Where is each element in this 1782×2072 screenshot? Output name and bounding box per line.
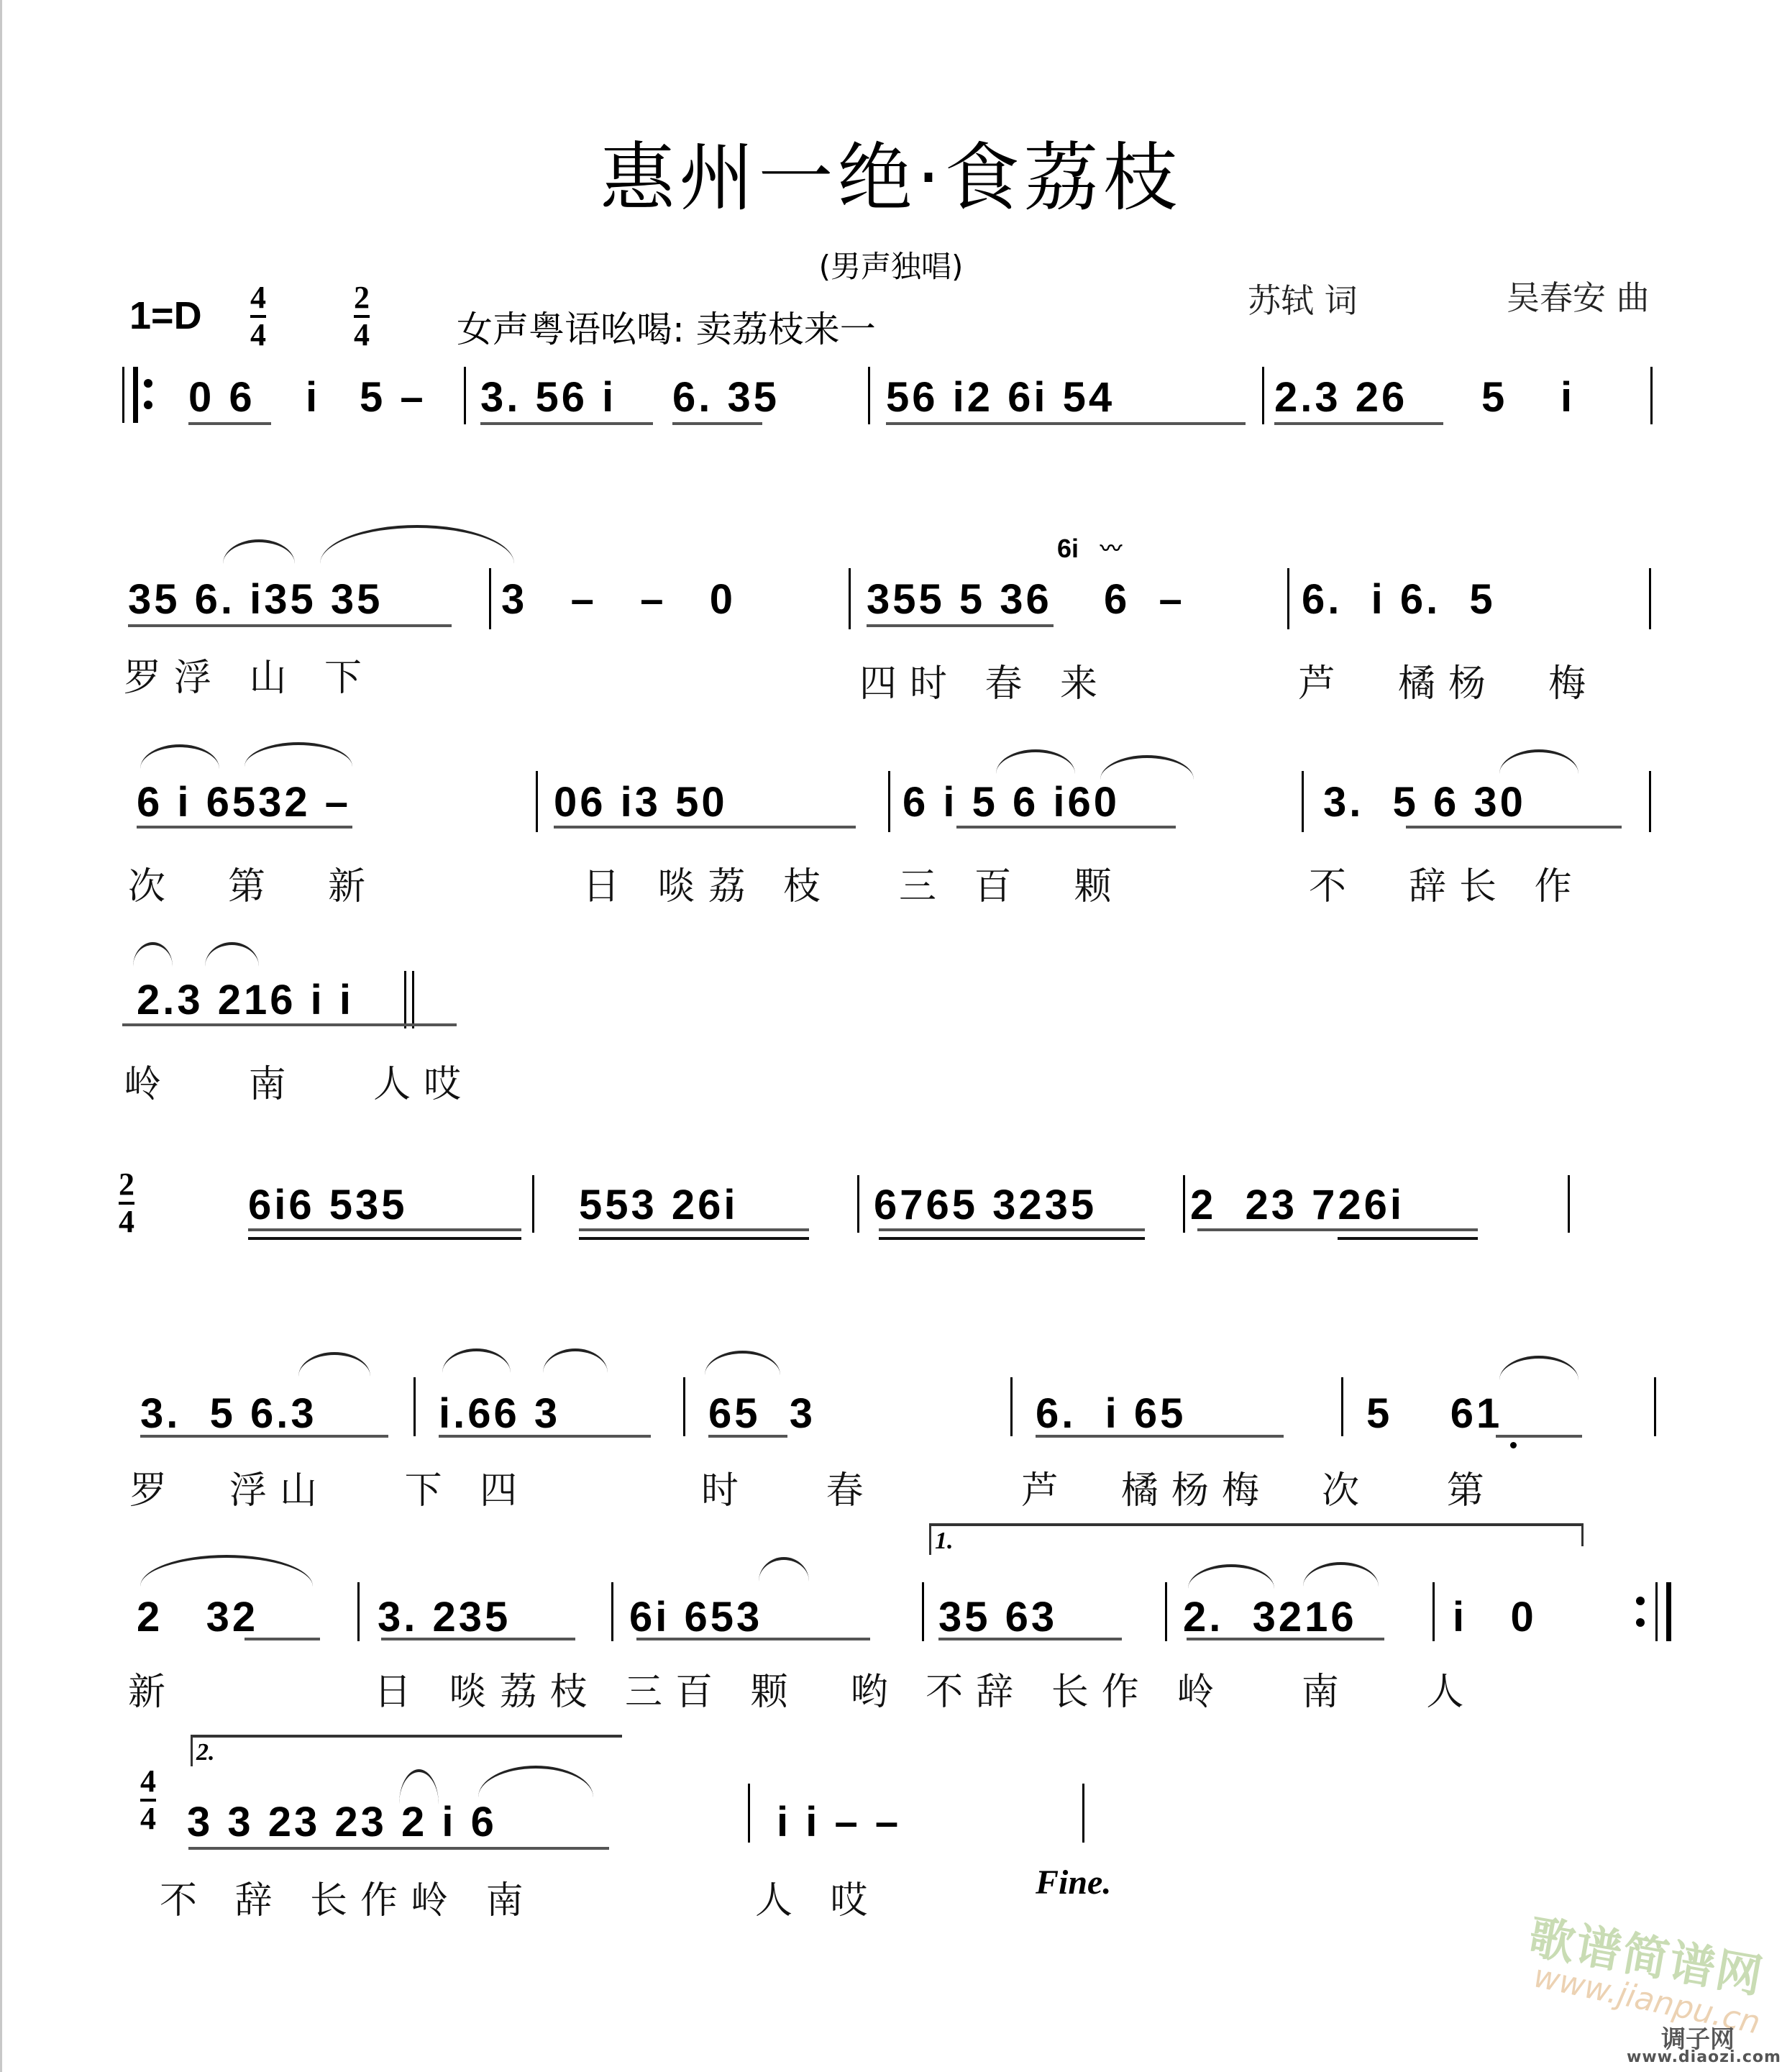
barline (413, 1377, 416, 1436)
lyric-line: 次 第 新 (128, 856, 378, 910)
underline-beam (245, 1638, 320, 1640)
note-group: 6. i 65 (1036, 1389, 1186, 1438)
underline-beam (938, 1638, 1122, 1640)
note-group: 0 6 (188, 373, 255, 421)
barline (922, 1582, 924, 1641)
time-signature-2-4: 2 4 (119, 1169, 134, 1238)
note-group: i.66 3 (439, 1389, 560, 1438)
time-signature-numerator: 4 (250, 282, 266, 314)
slur (320, 525, 514, 564)
slur (245, 742, 352, 767)
note-group: i i – – (777, 1798, 901, 1846)
time-signature-denominator: 4 (140, 1803, 156, 1835)
barline (849, 568, 851, 629)
slur (140, 1555, 313, 1587)
slur (1303, 1562, 1379, 1587)
fine-marking: Fine. (1036, 1863, 1111, 1902)
underline-beam (381, 1638, 575, 1640)
note-group: 3 3 23 23 2 i 6 (187, 1798, 497, 1846)
barline (464, 367, 466, 424)
slur (298, 1352, 370, 1377)
repeat-end-dots (1636, 1597, 1645, 1627)
barline (683, 1377, 685, 1436)
underline-beam (128, 624, 452, 627)
underline-beam (1036, 1435, 1284, 1438)
underline-beam (1274, 422, 1443, 425)
barline (1649, 568, 1651, 629)
note-group: 2. 3216 (1183, 1593, 1357, 1641)
slur (205, 942, 259, 967)
note-group: 6i6 535 (248, 1181, 408, 1229)
underline-beam (867, 624, 1054, 627)
time-signature-numerator: 4 (140, 1766, 156, 1797)
barline (868, 367, 870, 424)
underline-beam (579, 1228, 809, 1231)
note-group: 3. 5 6 30 (1323, 778, 1526, 826)
slur (223, 539, 295, 564)
slur (1188, 1564, 1274, 1589)
performance-note: 女声粤语吆喝: 卖荔枝来一 (457, 301, 876, 352)
barline (1302, 771, 1304, 832)
note-group: 3. 56 i (480, 373, 616, 421)
first-ending-bracket: 1. (929, 1523, 1584, 1555)
underline-beam (248, 1228, 521, 1231)
lyric-line: 芦 橘杨 梅 (1298, 653, 1599, 707)
barline (536, 771, 538, 832)
slur (705, 1351, 780, 1375)
barline (1183, 1175, 1185, 1233)
underline-beam (480, 422, 653, 425)
note-group: 6765 3235 (874, 1181, 1097, 1229)
time-signature-denominator: 4 (250, 319, 266, 351)
barline (1654, 1377, 1656, 1436)
underline-beam (1406, 826, 1622, 829)
repeat-start-dots (144, 379, 152, 409)
underline-beam (879, 1237, 1145, 1240)
note-group: 5 61 (1366, 1389, 1502, 1438)
note-group: 2 23 726i (1190, 1181, 1404, 1229)
barline (532, 1175, 534, 1233)
watermark-brand-url: www.diaozi.com (1627, 2048, 1781, 2066)
lyric-line: 不 辞长 作 (1309, 856, 1585, 910)
barline (1650, 367, 1653, 424)
underline-beam (636, 1638, 870, 1640)
time-signature-4-4: 4 4 (250, 282, 266, 351)
lyric-line: 人 哎 (755, 1870, 881, 1924)
note-group: 6i 653 (629, 1593, 762, 1641)
key-signature: 1=D (129, 293, 202, 338)
note-group: 6 i 6532 – (137, 778, 351, 826)
time-signature-denominator: 4 (119, 1206, 134, 1238)
time-signature-4-4: 4 4 (140, 1766, 156, 1835)
note-group: 2.3 26 (1274, 373, 1407, 421)
section-double-barline (404, 971, 414, 1028)
underline-beam (886, 422, 1246, 425)
lyric-line: 新 (128, 1661, 178, 1715)
barline (748, 1784, 750, 1843)
underline-beam (188, 1847, 609, 1850)
underline-beam (248, 1237, 521, 1240)
underline-beam (1496, 1435, 1582, 1438)
note-group: i 0 (1453, 1593, 1537, 1641)
underline-beam (956, 826, 1176, 829)
note-group: 35 6. i35 35 (128, 575, 383, 624)
slur (996, 749, 1075, 774)
barline (1649, 771, 1651, 832)
repeat-end-barline (1655, 1582, 1671, 1641)
barline (1165, 1582, 1167, 1641)
underline-beam (188, 422, 271, 425)
slur (442, 1348, 511, 1373)
barline (489, 568, 491, 629)
slur (1100, 755, 1194, 780)
underline-beam (1187, 1638, 1384, 1640)
trill-mark-icon: 〰 (1100, 531, 1122, 562)
time-signature-numerator: 2 (354, 282, 370, 314)
note-group: 6. i 6. 5 (1302, 575, 1496, 624)
note-group: 35 63 (938, 1593, 1057, 1641)
barline (857, 1175, 859, 1233)
note-group: 6. 35 (672, 373, 780, 421)
slur (1499, 1356, 1578, 1380)
note-group: 6 – (1104, 575, 1185, 624)
slur (133, 942, 173, 967)
time-signature-numerator: 2 (119, 1169, 134, 1200)
barline (1010, 1377, 1013, 1436)
volta-number: 2. (196, 1739, 215, 1766)
volta-number: 1. (935, 1528, 954, 1555)
lyric-line: 不 辞 长作岭 南 (160, 1870, 536, 1924)
lyric-line: 日 啖荔 枝 (582, 856, 833, 910)
grace-notes: 6i (1057, 534, 1079, 564)
underline-beam (554, 826, 856, 829)
lyric-line: 岭 南 人哎 (124, 1054, 474, 1108)
barline (888, 771, 890, 832)
underline-beam (140, 1435, 388, 1438)
note-group: 6 i 5 6 i60 (903, 778, 1120, 826)
low-octave-dot (1510, 1442, 1517, 1448)
lyric-line: 罗 浮山 下 四 (129, 1460, 530, 1514)
underline-beam (708, 1435, 787, 1438)
barline (357, 1582, 360, 1641)
composer-credit: 吴春安 曲 (1507, 272, 1650, 319)
note-group: 56 i2 6i 54 (886, 373, 1115, 421)
time-signature-2-4: 2 4 (354, 282, 370, 351)
note-group: 3. 235 (378, 1593, 511, 1641)
note-group: 2.3 216 i i (137, 976, 354, 1024)
note-group: 65 3 (708, 1389, 815, 1438)
barline (1262, 367, 1264, 424)
note-group: 5 – (360, 373, 426, 421)
underline-beam (672, 422, 762, 425)
slur (478, 1766, 593, 1797)
song-title: 惠州一绝·食荔枝 (0, 140, 1782, 215)
lyric-line: 时 春 (701, 1460, 877, 1514)
note-group: 3. 5 6.3 (140, 1389, 317, 1438)
note-group: 553 26i (579, 1181, 739, 1229)
lyricist-credit: 苏轼 词 (1248, 275, 1358, 322)
lyric-line: 日 啖荔枝 三百 颗 哟 不辞 长作 岭 南 人 (374, 1661, 1476, 1715)
note-group: 5 (1481, 373, 1507, 421)
repeat-start-barline (122, 367, 138, 423)
underline-beam (879, 1228, 1145, 1231)
underline-beam (1338, 1237, 1478, 1240)
note-group: 3 – – 0 (501, 575, 736, 624)
second-ending-bracket: 2. (191, 1735, 622, 1766)
slur (140, 744, 219, 769)
lyric-line: 芦 橘杨梅 次 第 (1021, 1460, 1497, 1514)
barline (1082, 1784, 1084, 1843)
lyric-line: 三 百 颗 (899, 856, 1125, 910)
time-signature-denominator: 4 (354, 319, 370, 351)
underline-beam (122, 1023, 457, 1026)
page-edge (0, 0, 2, 2072)
barline (1287, 568, 1289, 629)
barline (1433, 1582, 1435, 1641)
note-group: 2 32 (137, 1593, 258, 1641)
barline (1341, 1377, 1343, 1436)
slur (1499, 749, 1578, 774)
note-group: i (306, 373, 320, 421)
underline-beam (439, 1435, 651, 1438)
underline-beam (137, 826, 352, 829)
underline-beam (579, 1237, 809, 1240)
slur (759, 1557, 809, 1582)
lyric-line: 罗浮 山 下 (124, 647, 375, 701)
lyric-line: 四时 春 来 (859, 653, 1110, 707)
note-group: i (1561, 373, 1575, 421)
underline-beam (1197, 1228, 1478, 1231)
note-group: 06 i3 50 (554, 778, 728, 826)
slur (543, 1348, 608, 1373)
barline (1568, 1175, 1570, 1233)
barline (611, 1582, 613, 1641)
note-group: 355 5 36 (867, 575, 1052, 624)
